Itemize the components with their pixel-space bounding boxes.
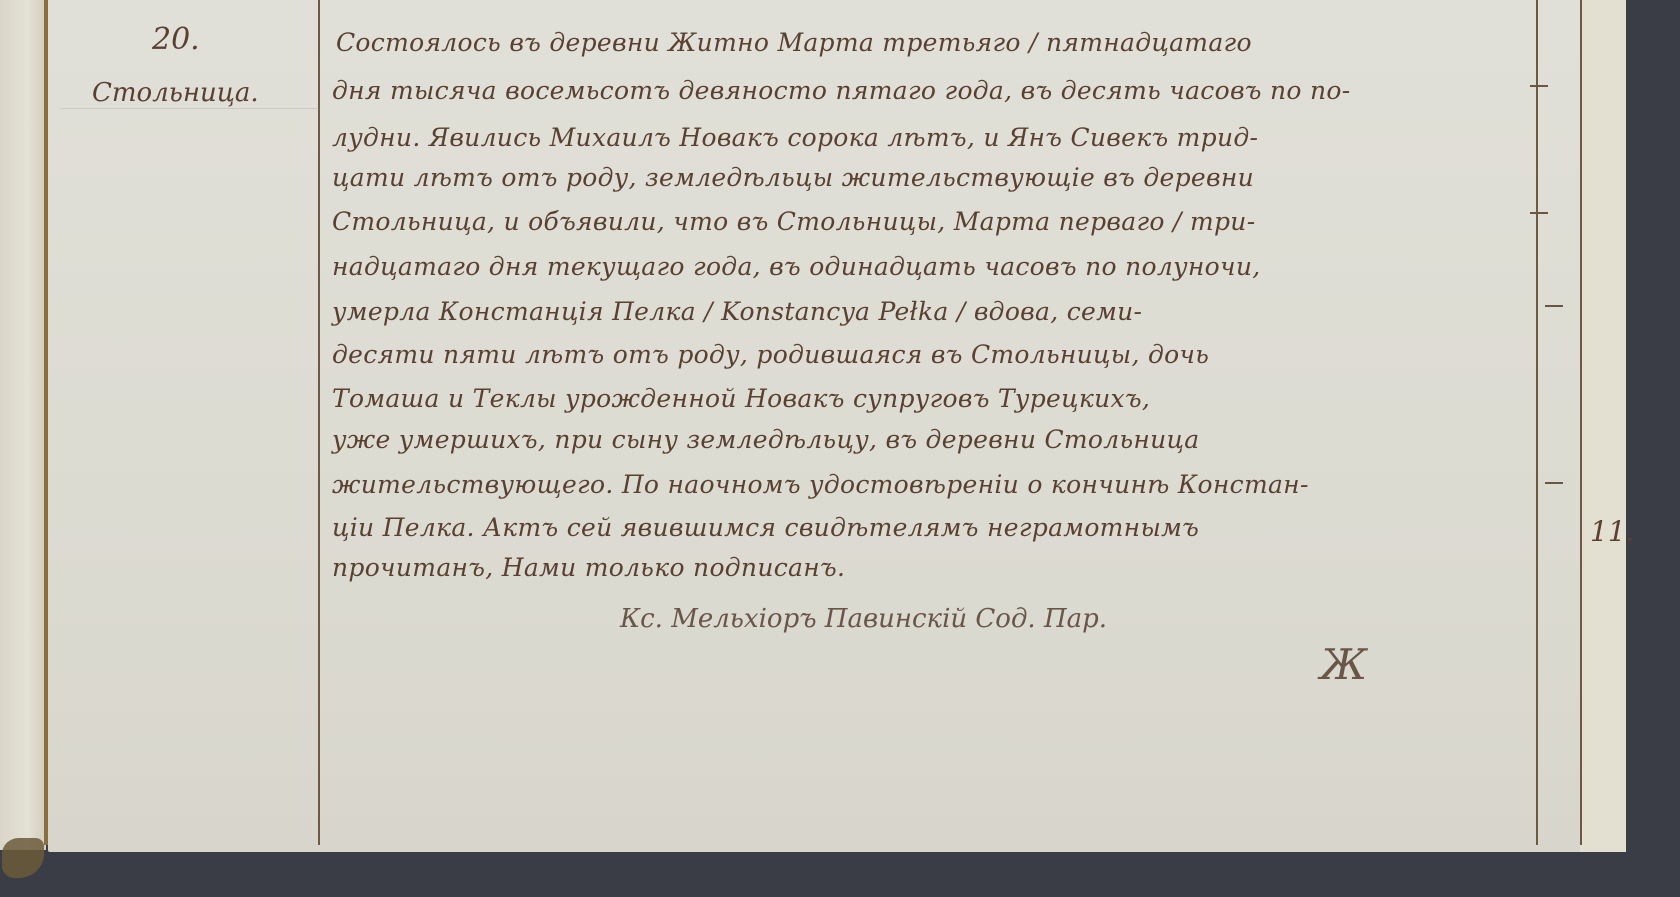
record-line: цати лѣтъ отъ роду, земледѣльцы жительст… bbox=[332, 163, 1254, 192]
line-continuation-dash bbox=[1545, 482, 1563, 484]
document-scan: 20. Стольница. Состоялось въ деревни Жит… bbox=[0, 0, 1680, 897]
place-name: Стольница. bbox=[92, 78, 259, 108]
page-right-margin bbox=[1580, 0, 1626, 852]
previous-page-edge bbox=[0, 0, 46, 850]
signature-flourish: Ж bbox=[1320, 640, 1367, 689]
torn-page-corner bbox=[2, 838, 44, 878]
record-line: уже умершихъ, при сыну земледѣльцу, въ д… bbox=[332, 425, 1200, 454]
record-line: прочитанъ, Нами только подписанъ. bbox=[332, 553, 845, 582]
record-line: жительствующего. По наочномъ удостовѣрен… bbox=[332, 470, 1309, 499]
column-rule-right-inner bbox=[1536, 0, 1538, 845]
entry-number: 20. bbox=[152, 22, 200, 57]
line-continuation-dash bbox=[1530, 212, 1548, 214]
record-line: Стольница, и объявили, что въ Стольницы,… bbox=[332, 207, 1255, 236]
folio-number: 11. bbox=[1590, 515, 1635, 548]
record-line: умерла Констанція Пелка / Konstancya Peł… bbox=[332, 297, 1142, 326]
record-line: Томаша и Теклы урожденной Новакъ супруго… bbox=[332, 384, 1150, 413]
record-line: дня тысяча восемьсотъ девяносто пятаго г… bbox=[332, 76, 1351, 105]
column-rule-right-outer bbox=[1580, 0, 1582, 845]
line-continuation-dash bbox=[1545, 305, 1563, 307]
priest-signature: Кс. Мельхіоръ Павинскій Сод. Пар. bbox=[620, 604, 1107, 634]
column-rule-left bbox=[318, 0, 320, 845]
record-line: надцатаго дня текущаго года, въ одинадца… bbox=[332, 252, 1261, 281]
record-line: лудни. Явились Михаилъ Новакъ сорока лѣт… bbox=[332, 123, 1258, 152]
record-line: ціи Пелка. Актъ сей явившимся свидѣтелям… bbox=[332, 513, 1199, 542]
record-line: десяти пяти лѣтъ отъ роду, родившаяся въ… bbox=[332, 340, 1209, 369]
record-line: Состоялось въ деревни Житно Марта третья… bbox=[336, 28, 1252, 57]
line-continuation-dash bbox=[1530, 85, 1548, 87]
margin-guide-line bbox=[60, 108, 320, 109]
